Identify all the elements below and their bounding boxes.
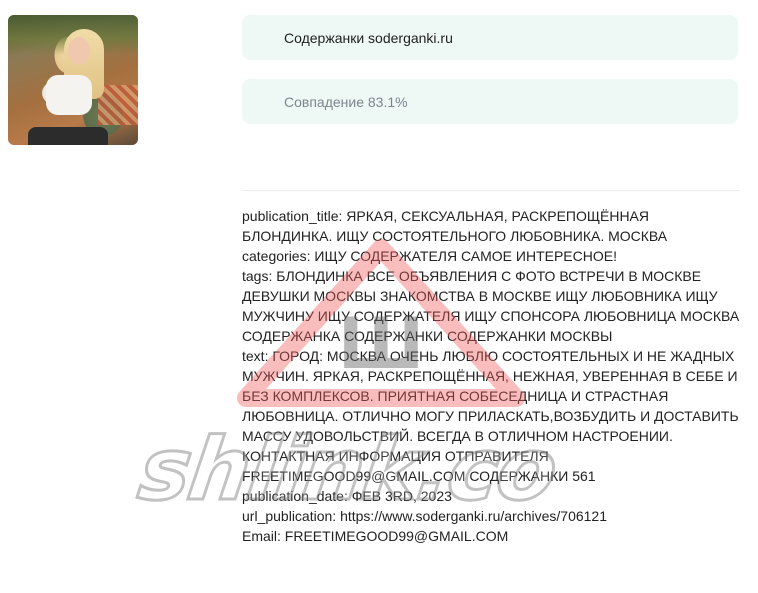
divider [242, 190, 740, 191]
detail-text: text: ГОРОД: МОСКВА ОЧЕНЬ ЛЮБЛЮ СОСТОЯТЕ… [242, 346, 742, 486]
detail-key: Email [242, 528, 277, 544]
detail-key: text [242, 348, 265, 364]
photo-pants [28, 127, 108, 145]
detail-key: publication_date [242, 488, 344, 504]
source-label: Содержанки soderganki.ru [284, 30, 453, 46]
detail-key: url_publication [242, 508, 332, 524]
detail-key: tags [242, 268, 268, 284]
match-label: Совпадение 83.1% [284, 94, 408, 110]
detail-value: БЛОНДИНКА ВСЕ ОБЪЯВЛЕНИЯ С ФОТО ВСТРЕЧИ … [242, 268, 739, 344]
source-card[interactable]: Содержанки soderganki.ru [242, 15, 738, 60]
detail-value: ГОРОД: МОСКВА ОЧЕНЬ ЛЮБЛЮ СОСТОЯТЕЛЬНЫХ … [242, 348, 739, 484]
photo-top [46, 75, 92, 115]
detail-publication-date: publication_date: ФЕВ 3RD, 2023 [242, 486, 742, 506]
details-block: publication_title: ЯРКАЯ, СЕКСУАЛЬНАЯ, Р… [242, 206, 742, 546]
detail-url-publication: url_publication: https://www.soderganki.… [242, 506, 742, 526]
photo-background-rug [98, 85, 138, 125]
result-photo[interactable] [8, 15, 138, 145]
detail-value[interactable]: https://www.soderganki.ru/archives/70612… [340, 508, 607, 524]
detail-key: publication_title [242, 208, 339, 224]
detail-key: categories [242, 248, 307, 264]
photo-face [68, 37, 90, 65]
detail-tags: tags: БЛОНДИНКА ВСЕ ОБЪЯВЛЕНИЯ С ФОТО ВС… [242, 266, 742, 346]
detail-email: Email: FREETIMEGOOD99@GMAIL.COM [242, 526, 742, 546]
match-card: Совпадение 83.1% [242, 79, 738, 124]
detail-publication-title: publication_title: ЯРКАЯ, СЕКСУАЛЬНАЯ, Р… [242, 206, 742, 246]
detail-value: ИЩУ СОДЕРЖАТЕЛЯ САМОЕ ИНТЕРЕСНОЕ! [314, 248, 617, 264]
detail-value[interactable]: FREETIMEGOOD99@GMAIL.COM [285, 528, 508, 544]
detail-value: ФЕВ 3RD, 2023 [352, 488, 452, 504]
detail-categories: categories: ИЩУ СОДЕРЖАТЕЛЯ САМОЕ ИНТЕРЕ… [242, 246, 742, 266]
